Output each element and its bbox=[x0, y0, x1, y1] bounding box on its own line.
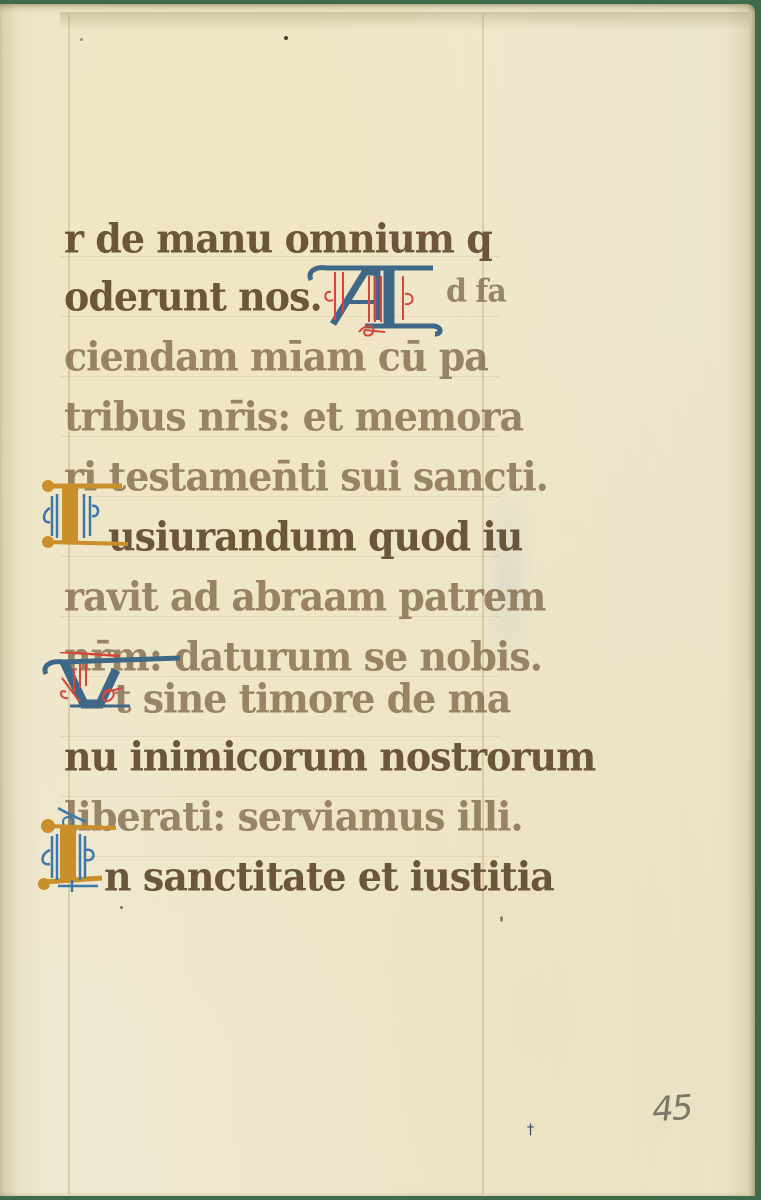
text-line-6: usiurandum quod iu bbox=[108, 513, 522, 560]
text-line-10: nu inimicorum nostrorum bbox=[64, 733, 595, 780]
text-line-2-continuation: d fa bbox=[446, 273, 506, 310]
text-line-2: oderunt nos. bbox=[64, 273, 322, 320]
text-line-7: ravit ad abraam patrem bbox=[64, 573, 545, 620]
ink-speck bbox=[120, 906, 123, 909]
text-line-3: ciendam mīam cū pa bbox=[64, 333, 488, 380]
decorated-initial-i-1 bbox=[40, 478, 140, 550]
ink-speck bbox=[500, 916, 503, 922]
decorated-initial-v bbox=[40, 652, 184, 710]
ink-speck bbox=[284, 36, 288, 40]
decorated-initial-a bbox=[305, 262, 447, 338]
manuscript-leaf: r de manu omnium q oderunt nos. d fa cie… bbox=[0, 4, 755, 1196]
ink-speck bbox=[80, 38, 83, 41]
text-line-12: n sanctitate et iustitia bbox=[104, 853, 554, 900]
text-line-11: liberati: serviamus illi. bbox=[64, 793, 523, 840]
decorated-initial-i-2 bbox=[38, 804, 128, 892]
top-edge-stain bbox=[60, 12, 750, 30]
text-line-1: r de manu omnium q bbox=[64, 215, 492, 262]
text-line-4: tribus nr̄is: et memora bbox=[64, 393, 523, 440]
blue-ink-mark: † bbox=[527, 1122, 534, 1138]
folio-number: 45 bbox=[651, 1088, 693, 1131]
